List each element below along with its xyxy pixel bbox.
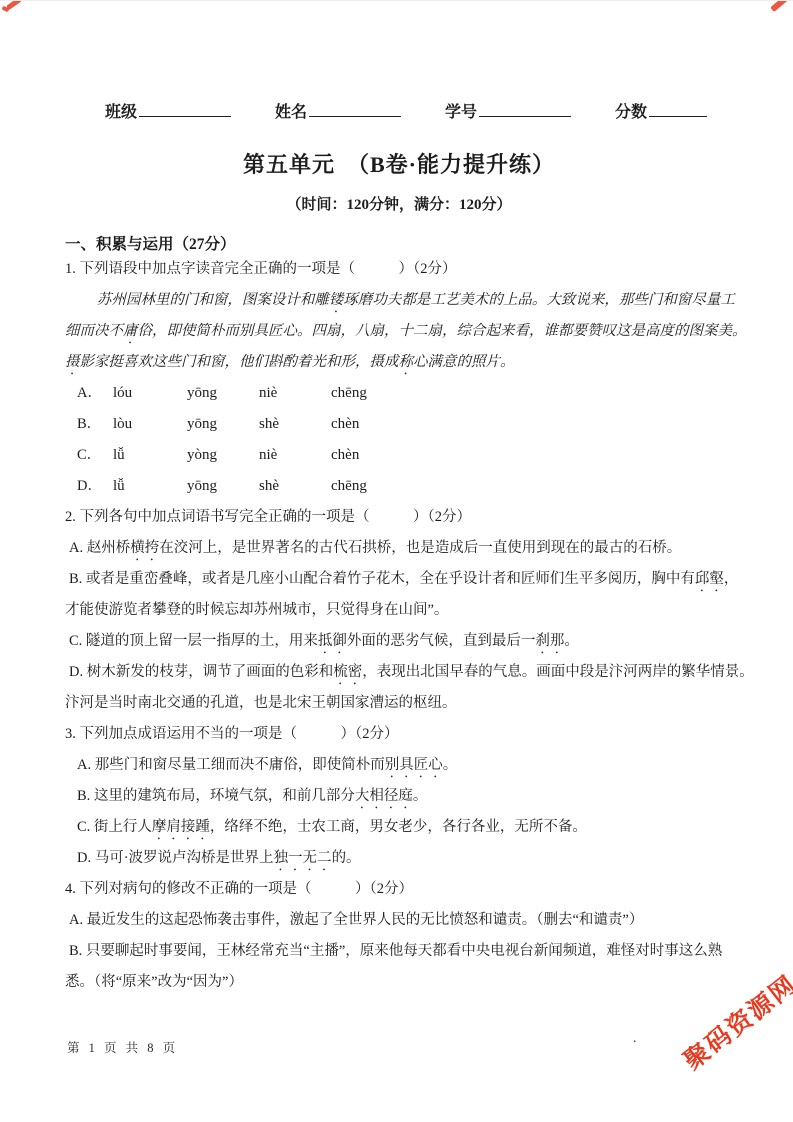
q2-option-c: C. 隧道的顶上留一层一指厚的土，用来抵御外面的恶劣气候，直到最后一刹那。	[65, 626, 733, 657]
q1-option-b: B．lòuyōngshèchèn	[65, 409, 733, 440]
page-content: 班级 姓名 学号 分数 第五单元 （B卷·能力提升练） （时间：120分钟，满分…	[0, 1, 793, 998]
class-label: 班级	[105, 104, 137, 121]
pinyin-col: yòng	[187, 440, 259, 471]
pinyin-col: chèn	[331, 409, 403, 440]
pinyin-col: yōng	[187, 378, 259, 409]
page-number: 第 1 页 共 8 页	[67, 1038, 178, 1056]
q1-passage-line-3: 摄影家挺喜欢这些门和窗，他们斟酌着光和形，摄成称心满意的照片。	[65, 347, 733, 378]
name-label: 姓名	[275, 104, 307, 121]
stray-period-mark: .	[633, 1031, 637, 1047]
q4-option-b-line-1: B. 只要聊起时事要闻，王林经常充当“主播”，原来他每天都看中央电视台新闻频道，…	[65, 936, 733, 967]
q4-option-a: A. 最近发生的这起恐怖袭击事件，激起了全世界人民的无比愤怒和谴责。（删去“和谴…	[65, 905, 733, 936]
pinyin-col: yōng	[187, 471, 259, 502]
paper-title: 第五单元 （B卷·能力提升练）	[65, 148, 733, 179]
q2-option-b-line-2: 才能使游览者攀登的时候忘却苏州城市，只觉得身在山间”。	[65, 595, 733, 626]
student-id-field: 学号	[445, 99, 571, 122]
pinyin-col: chèn	[331, 440, 403, 471]
pinyin-col: yōng	[187, 409, 259, 440]
q2-option-a: A. 赵州桥横挎在洨河上，是世界著名的古代石拱桥，也是造成后一直使用到现在的最古…	[65, 533, 733, 564]
option-label: D．	[77, 471, 113, 502]
pinyin-col: lǚ	[113, 440, 187, 471]
paper-subtitle: （时间：120分钟，满分：120分）	[65, 193, 733, 214]
student-id-label: 学号	[445, 104, 477, 121]
section-1-heading: 一、积累与运用（27分）	[65, 232, 733, 254]
q2-option-d-line-1: D. 树木新发的枝芽，调节了画面的色彩和梳密，表现出北国早春的气息。画面中段是汴…	[65, 657, 733, 688]
pinyin-col: chēng	[331, 378, 403, 409]
score-blank-line[interactable]	[649, 101, 707, 117]
pinyin-col: lòu	[113, 409, 187, 440]
q1-passage-line-2: 细而决不庸俗，即使简朴而别具匠心。四扇，八扇，十二扇，综合起来看，谁都要赞叹这是…	[65, 316, 733, 347]
pinyin-col: chēng	[331, 471, 403, 502]
q1-option-d: D．lǚyōngshèchēng	[65, 471, 733, 502]
class-blank-line[interactable]	[139, 101, 231, 117]
q2-stem: 2. 下列各句中加点词语书写完全正确的一项是（ ）（2分）	[65, 502, 733, 533]
q2-option-b-line-1: B. 或者是重峦叠峰，或者是几座小山配合着竹子花木，全在乎设计者和匠师们生平多阅…	[65, 564, 733, 595]
pinyin-col: lóu	[113, 378, 187, 409]
student-info-row: 班级 姓名 学号 分数	[105, 99, 733, 122]
pinyin-col: niè	[259, 440, 331, 471]
q3-option-d: D. 马可·波罗说卢沟桥是世界上独一无二的。	[65, 843, 733, 874]
q1-option-c: C．lǚyòngnièchèn	[65, 440, 733, 471]
class-field: 班级	[105, 99, 231, 122]
q1-stem: 1. 下列语段中加点字读音完全正确的一项是（ ）（2分）	[65, 254, 733, 285]
option-label: A．	[77, 378, 113, 409]
exam-page: 班级 姓名 学号 分数 第五单元 （B卷·能力提升练） （时间：120分钟，满分…	[0, 0, 793, 1122]
q3-stem: 3. 下列加点成语运用不当的一项是（ ）（2分）	[65, 719, 733, 750]
pinyin-col: niè	[259, 378, 331, 409]
q3-option-a: A. 那些门和窗尽量工细而决不庸俗，即使简朴而别具匠心。	[65, 750, 733, 781]
pinyin-col: shè	[259, 409, 331, 440]
q4-stem: 4. 下列对病句的修改不正确的一项是（ ）（2分）	[65, 874, 733, 905]
q1-passage-line-1: 苏州园林里的门和窗，图案设计和雕镂琢磨功夫都是工艺美术的上品。大致说来，那些门和…	[65, 285, 733, 316]
score-field: 分数	[615, 99, 707, 122]
name-field: 姓名	[275, 99, 401, 122]
q3-option-b: B. 这里的建筑布局，环境气氛，和前几部分大相径庭。	[65, 781, 733, 812]
option-label: C．	[77, 440, 113, 471]
pinyin-col: lǚ	[113, 471, 187, 502]
q3-option-c: C. 街上行人摩肩接踵，络绎不绝，士农工商，男女老少，各行各业，无所不备。	[65, 812, 733, 843]
name-blank-line[interactable]	[309, 101, 401, 117]
q4-option-b-line-2: 悉。（将“原来”改为“因为”）	[65, 967, 733, 998]
score-label: 分数	[615, 104, 647, 121]
pinyin-col: shè	[259, 471, 331, 502]
q1-option-a: A．lóuyōngnièchēng	[65, 378, 733, 409]
option-label: B．	[77, 409, 113, 440]
q2-option-d-line-2: 汴河是当时南北交通的孔道，也是北宋王朝国家漕运的枢纽。	[65, 688, 733, 719]
student-id-blank-line[interactable]	[479, 101, 571, 117]
